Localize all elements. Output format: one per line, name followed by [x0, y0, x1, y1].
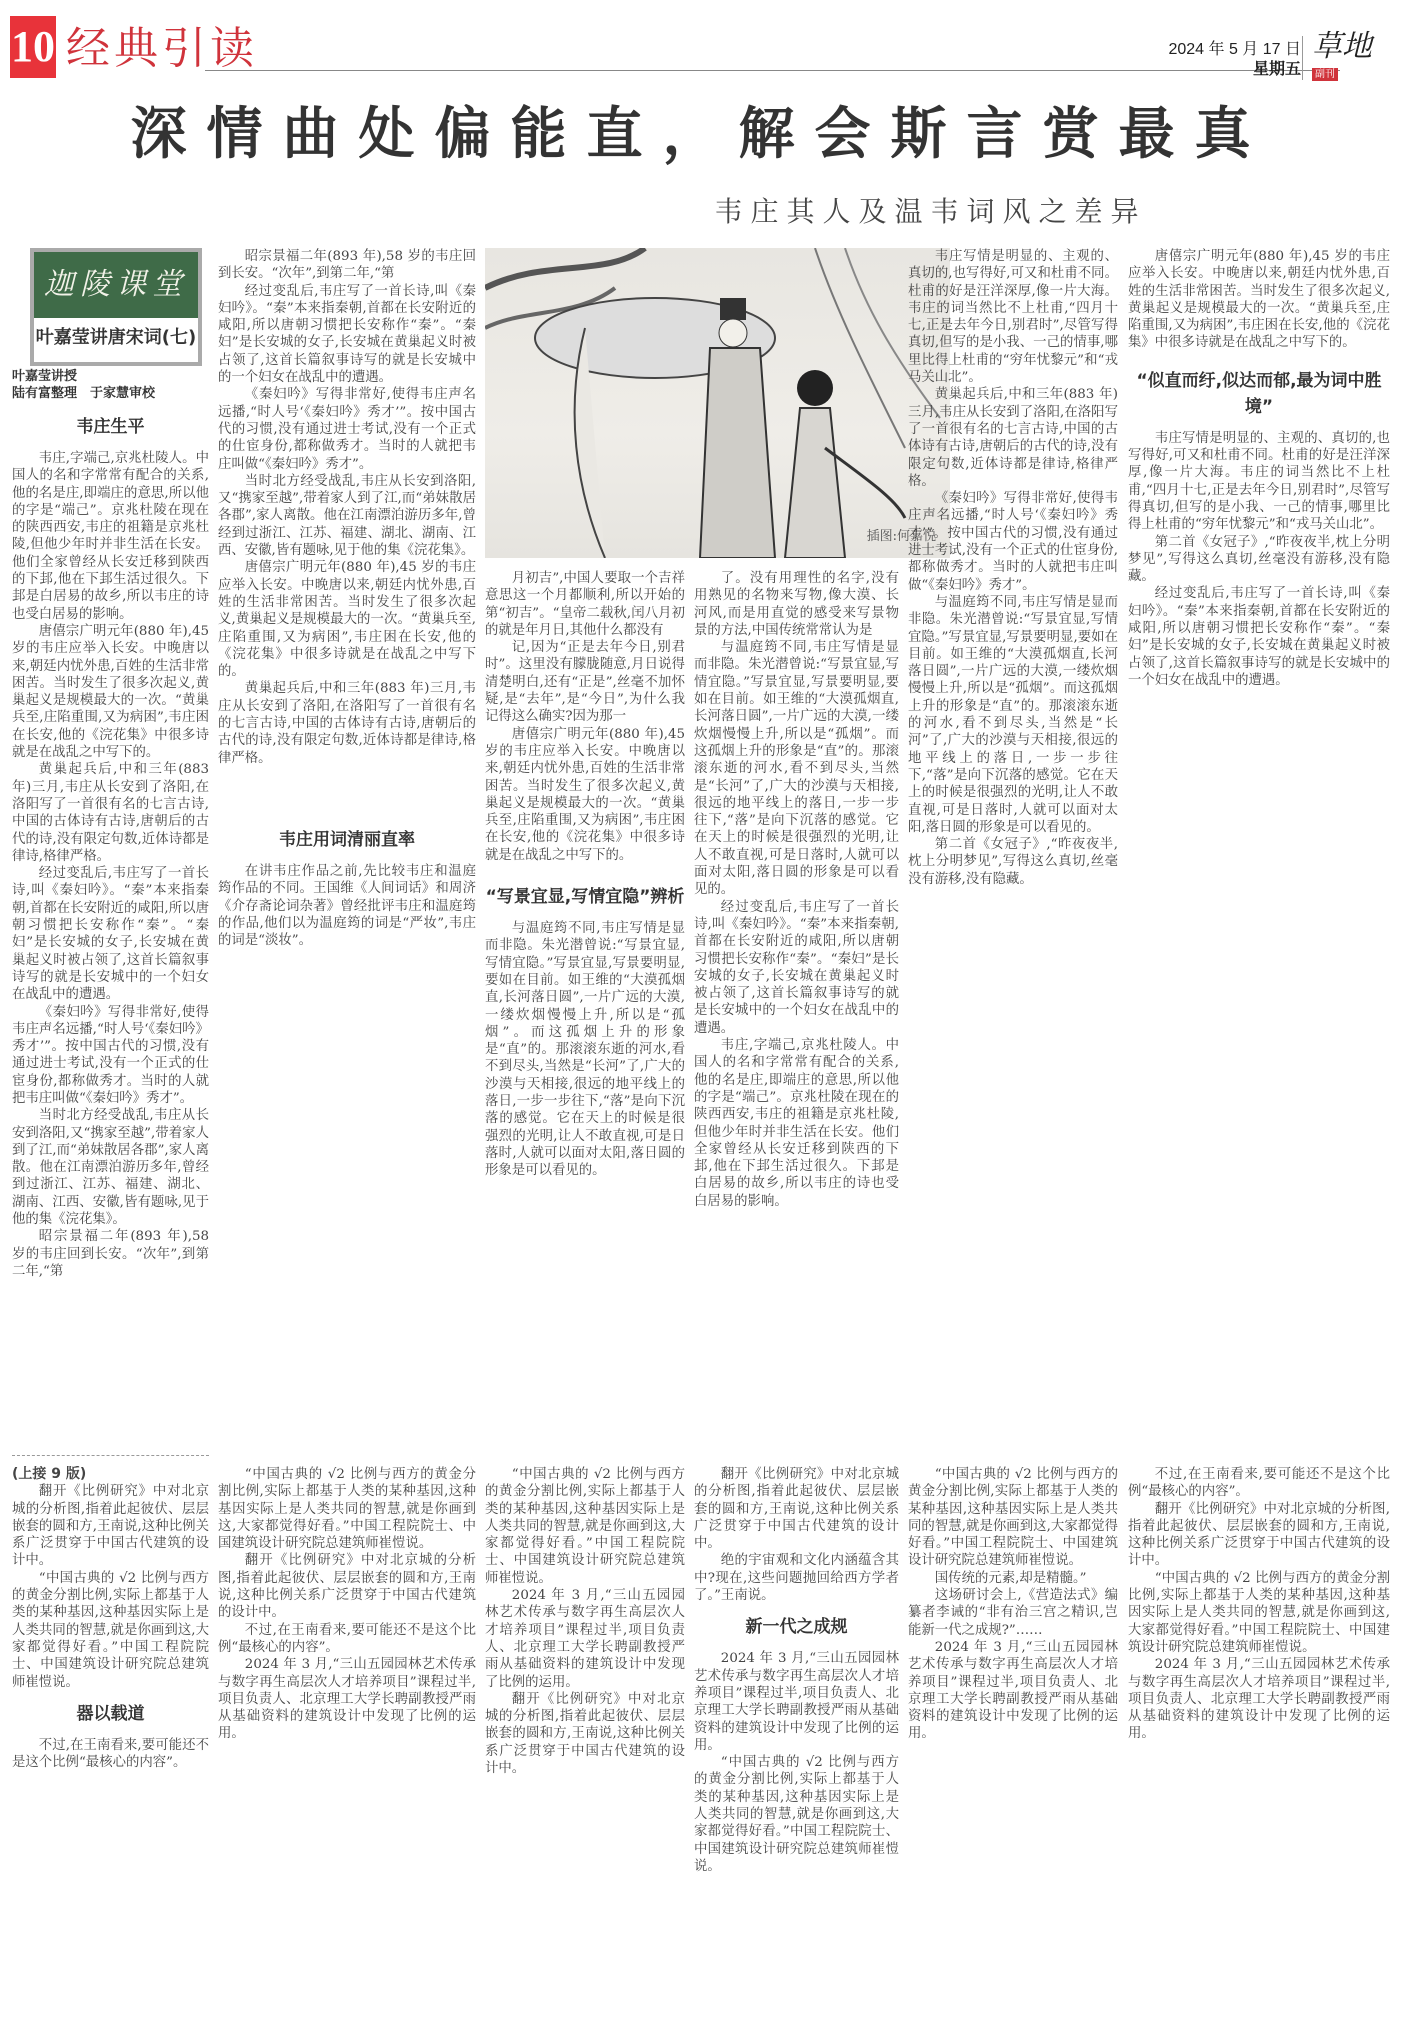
paragraph: 2024 年 3 月,“三山五园园林艺术传承与数字再生高层次人才培养项目”课程过… — [908, 1639, 1118, 1743]
column-logo: 迦陵课堂 叶嘉莹讲唐宋词(七) — [30, 248, 202, 366]
paragraph: 绝的宇宙观和文化内涵蕴含其中?现在,这些问题抛回给西方学者了。”王南说。 — [694, 1552, 899, 1604]
paragraph: 韦庄写情是明显的、主观的、真切的,也写得好,可又和杜甫不同。杜甫的好是汪洋深厚,… — [908, 248, 1118, 386]
article-column-6: 唐僖宗广明元年(880 年),45 岁的韦庄应举入长安。中晚唐以来,朝廷内忧外患… — [1128, 248, 1390, 1448]
section-title: 经典引读 — [66, 22, 258, 76]
illustration-horse-rider: 插图:何嘉悦 — [485, 248, 950, 558]
section-heading: 韦庄用词清丽直率 — [218, 827, 476, 853]
ink-painting-icon — [485, 248, 950, 558]
paragraph: 2024 年 3 月,“三山五园园林艺术传承与数字再生高层次人才培养项目”课程过… — [218, 1656, 476, 1742]
paragraph: 与温庭筠不同,韦庄写情是显而非隐。朱光潜曾说:“写景宜显,写情宜隐。”写景宜显,… — [908, 594, 1118, 836]
paragraph: 翻开《比例研究》中对北京城的分析图,指着此起彼伏、层层嵌套的圆和方,王南说,这种… — [12, 1483, 209, 1569]
continued-column-1: (上接 9 版) 翻开《比例研究》中对北京城的分析图,指着此起彼伏、层层嵌套的圆… — [12, 1466, 209, 2026]
paragraph: “中国古典的 √2 比例与西方的黄金分割比例,实际上都基于人类的某种基因,这种基… — [908, 1466, 1118, 1570]
paragraph: 唐僖宗广明元年(880 年),45 岁的韦庄应举入长安。中晚唐以来,朝廷内忧外患… — [218, 559, 476, 680]
section-heading: 器以载道 — [12, 1701, 209, 1727]
paragraph: “中国古典的 √2 比例与西方的黄金分割比例,实际上都基于人类的某种基因,这种基… — [1128, 1570, 1390, 1656]
paragraph: 黄巢起兵后,中和三年(883 年)三月,韦庄从长安到了洛阳,在洛阳写了一首很有名… — [218, 680, 476, 766]
paragraph: 记,因为“正是去年今日,别君时”。这里没有朦胧随意,月日说得清楚明白,还有“正是… — [485, 639, 685, 725]
paragraph: 了。没有用理性的名字,没有用熟见的名物来写物,像大漠、长河风,而是用直觉的感受来… — [694, 570, 899, 639]
paragraph: 翻开《比例研究》中对北京城的分析图,指着此起彼伏、层层嵌套的圆和方,王南说,这种… — [694, 1466, 899, 1552]
paragraph: “中国古典的 √2 比例与西方的黄金分割比例,实际上都基于人类的某种基因,这种基… — [694, 1754, 899, 1875]
column-series-label: 叶嘉莹讲唐宋词(七) — [34, 318, 198, 358]
paragraph: 与温庭筠不同,韦庄写情是显而非隐。朱光潜曾说:“写景宜显,写情宜隐。”写景宜显,… — [485, 920, 685, 1179]
continued-column-4: 翻开《比例研究》中对北京城的分析图,指着此起彼伏、层层嵌套的圆和方,王南说,这种… — [694, 1466, 899, 2026]
section-heading: “写景宜显,写情宜隐”辨析 — [485, 884, 685, 910]
paragraph: 当时北方经受战乱,韦庄从长安到洛阳,又“携家至越”,带着家人到了江,而“弟妹散居… — [12, 1107, 209, 1228]
date-text: 2024 年 5 月 17 日 — [1168, 40, 1301, 60]
paragraph: “中国古典的 √2 比例与西方的黄金分割比例,实际上都基于人类的某种基因,这种基… — [218, 1466, 476, 1552]
paragraph: 与温庭筠不同,韦庄写情是显而非隐。朱光潜曾说:“写景宜显,写情宜隐。”写景宜显,… — [694, 639, 899, 898]
article-column-1: 韦庄生平 韦庄,字端己,京兆杜陵人。中国人的名和字常常有配合的关系,他的名是庄,… — [12, 404, 209, 1449]
article-column-5: 韦庄写情是明显的、主观的、真切的,也写得好,可又和杜甫不同。杜甫的好是汪洋深厚,… — [908, 248, 1118, 1448]
paragraph: 2024 年 3 月,“三山五园园林艺术传承与数字再生高层次人才培养项目”课程过… — [1128, 1656, 1390, 1742]
paragraph: 经过变乱后,韦庄写了一首长诗,叫《秦妇吟》。“秦”本来指秦朝,首都在长安附近的咸… — [218, 283, 476, 387]
column-name-chalkboard: 迦陵课堂 — [34, 252, 198, 318]
paragraph: 不过,在王南看来,要可能还不是这个比例“最核心的内容”。 — [1128, 1466, 1390, 1501]
weekday-text: 星期五 — [1168, 60, 1301, 80]
paragraph: 《秦妇吟》写得非常好,使得韦庄声名远播,“时人号‘《秦妇吟》秀才’”。按中国古代… — [12, 1004, 209, 1108]
paragraph: 昭宗景福二年(893 年),58 岁的韦庄回到长安。“次年”,到第二年,“第 — [218, 248, 476, 283]
section-divider — [12, 1455, 209, 1456]
paragraph: “中国古典的 √2 比例与西方的黄金分割比例,实际上都基于人类的某种基因,这种基… — [485, 1466, 685, 1587]
logo-calligraphy: 草地 — [1312, 29, 1372, 64]
issue-date: 2024 年 5 月 17 日 星期五 — [1168, 40, 1301, 80]
headline: 深情曲处偏能直，解会斯言赏最真 — [0, 100, 1401, 170]
article-column-3: 月初吉”,中国人要取一个吉祥意思这一个月都顺利,所以开始的第“初吉”。“皇帝二载… — [485, 570, 685, 1448]
paragraph: 2024 年 3 月,“三山五园园林艺术传承与数字再生高层次人才培养项目”课程过… — [694, 1650, 899, 1754]
paragraph: 昭宗景福二年(893 年),58 岁的韦庄回到长安。“次年”,到第二年,“第 — [12, 1228, 209, 1280]
paragraph: 2024 年 3 月,“三山五园园林艺术传承与数字再生高层次人才培养项目”课程过… — [485, 1587, 685, 1691]
paragraph: 唐僖宗广明元年(880 年),45 岁的韦庄应举入长安。中晚唐以来,朝廷内忧外患… — [1128, 248, 1390, 352]
paragraph: 韦庄,字端己,京兆杜陵人。中国人的名和字常常有配合的关系,他的名是庄,即端庄的意… — [12, 450, 209, 623]
continued-column-3: “中国古典的 √2 比例与西方的黄金分割比例,实际上都基于人类的某种基因,这种基… — [485, 1466, 685, 2026]
section-heading: “似直而纡,似达而郁,最为词中胜境” — [1128, 368, 1390, 420]
continued-from-label: (上接 9 版) — [12, 1466, 209, 1483]
section-heading: 韦庄生平 — [12, 414, 209, 440]
paragraph: 经过变乱后,韦庄写了一首长诗,叫《秦妇吟》。“秦”本来指秦朝,首都在长安附近的咸… — [12, 865, 209, 1003]
paragraph: 唐僖宗广明元年(880 年),45 岁的韦庄应举入长安。中晚唐以来,朝廷内忧外患… — [485, 726, 685, 864]
byline: 叶嘉莹讲授 陆有富整理 于家慧审校 — [12, 368, 155, 402]
paragraph: 翻开《比例研究》中对北京城的分析图,指着此起彼伏、层层嵌套的圆和方,王南说,这种… — [485, 1691, 685, 1777]
paragraph: 在讲韦庄作品之前,先比较韦庄和温庭筠作品的不同。王国维《人间词话》和周济《介存斋… — [218, 863, 476, 949]
paragraph: 黄巢起兵后,中和三年(883 年)三月,韦庄从长安到了洛阳,在洛阳写了一首很有名… — [12, 761, 209, 865]
paragraph: 《秦妇吟》写得非常好,使得韦庄声名远播,“时人号‘《秦妇吟》秀才’”。按中国古代… — [218, 386, 476, 472]
paragraph: 第二首《女冠子》,“昨夜夜半,枕上分明梦见”,写得这么真切,丝毫没有游移,没有隐… — [1128, 534, 1390, 586]
paragraph: 经过变乱后,韦庄写了一首长诗,叫《秦妇吟》。“秦”本来指秦朝,首都在长安附近的咸… — [1128, 585, 1390, 689]
newspaper-logo: 草地 副刊 — [1312, 32, 1376, 80]
paragraph: 月初吉”,中国人要取一个吉祥意思这一个月都顺利,所以开始的第“初吉”。“皇帝二载… — [485, 570, 685, 639]
paragraph: 黄巢起兵后,中和三年(883 年)三月,韦庄从长安到了洛阳,在洛阳写了一首很有名… — [908, 386, 1118, 490]
paragraph: 韦庄写情是明显的、主观的、真切的,也写得好,可又和杜甫不同。杜甫的好是汪洋深厚,… — [1128, 430, 1390, 534]
continued-column-6: 不过,在王南看来,要可能还不是这个比例“最核心的内容”。 翻开《比例研究》中对北… — [1128, 1466, 1390, 2026]
paragraph: 当时北方经受战乱,韦庄从长安到洛阳,又“携家至越”,带着家人到了江,而“弟妹散居… — [218, 473, 476, 559]
paragraph: 《秦妇吟》写得非常好,使得韦庄声名远播,“时人号‘《秦妇吟》秀才’”。按中国古代… — [908, 490, 1118, 594]
section-heading: 新一代之成规 — [694, 1614, 899, 1640]
masthead-divider — [1302, 36, 1303, 80]
paragraph: 国传统的元素,却是精髓。” — [908, 1570, 1118, 1587]
article-column-2: 昭宗景福二年(893 年),58 岁的韦庄回到长安。“次年”,到第二年,“第 经… — [218, 248, 476, 1448]
article-column-4: 了。没有用理性的名字,没有用熟见的名物来写物,像大漠、长河风,而是用直觉的感受来… — [694, 570, 899, 1448]
paragraph: “中国古典的 √2 比例与西方的黄金分割比例,实际上都基于人类的某种基因,这种基… — [12, 1570, 209, 1691]
continued-column-2: “中国古典的 √2 比例与西方的黄金分割比例,实际上都基于人类的某种基因,这种基… — [218, 1466, 476, 2026]
paragraph: 翻开《比例研究》中对北京城的分析图,指着此起彼伏、层层嵌套的圆和方,王南说,这种… — [218, 1552, 476, 1621]
continued-column-5: “中国古典的 √2 比例与西方的黄金分割比例,实际上都基于人类的某种基因,这种基… — [908, 1466, 1118, 2026]
paragraph: 经过变乱后,韦庄写了一首长诗,叫《秦妇吟》。“秦”本来指秦朝,首都在长安附近的咸… — [694, 899, 899, 1037]
paragraph: 第二首《女冠子》,“昨夜夜半,枕上分明梦见”,写得这么真切,丝毫没有游移,没有隐… — [908, 836, 1118, 888]
paragraph: 不过,在王南看来,要可能还不是这个比例“最核心的内容”。 — [218, 1622, 476, 1657]
paragraph: 翻开《比例研究》中对北京城的分析图,指着此起彼伏、层层嵌套的圆和方,王南说,这种… — [1128, 1501, 1390, 1570]
paragraph: 韦庄,字端己,京兆杜陵人。中国人的名和字常常有配合的关系,他的名是庄,即端庄的意… — [694, 1037, 899, 1210]
paragraph: 唐僖宗广明元年(880 年),45 岁的韦庄应举入长安。中晚唐以来,朝廷内忧外患… — [12, 623, 209, 761]
page-number: 10 — [10, 16, 56, 78]
author-line: 叶嘉莹讲授 — [12, 368, 155, 385]
subheadline: 韦庄其人及温韦词风之差异 — [0, 194, 1401, 230]
paragraph: 不过,在王南看来,要可能还不是这个比例“最核心的内容”。 — [12, 1737, 209, 1772]
logo-tag: 副刊 — [1312, 68, 1338, 81]
editor-line: 陆有富整理 于家慧审校 — [12, 385, 155, 402]
paragraph: 这场研讨会上,《营造法式》编纂者李诫的“非有治三宫之精识,岂能新一代之成规?”…… — [908, 1587, 1118, 1639]
